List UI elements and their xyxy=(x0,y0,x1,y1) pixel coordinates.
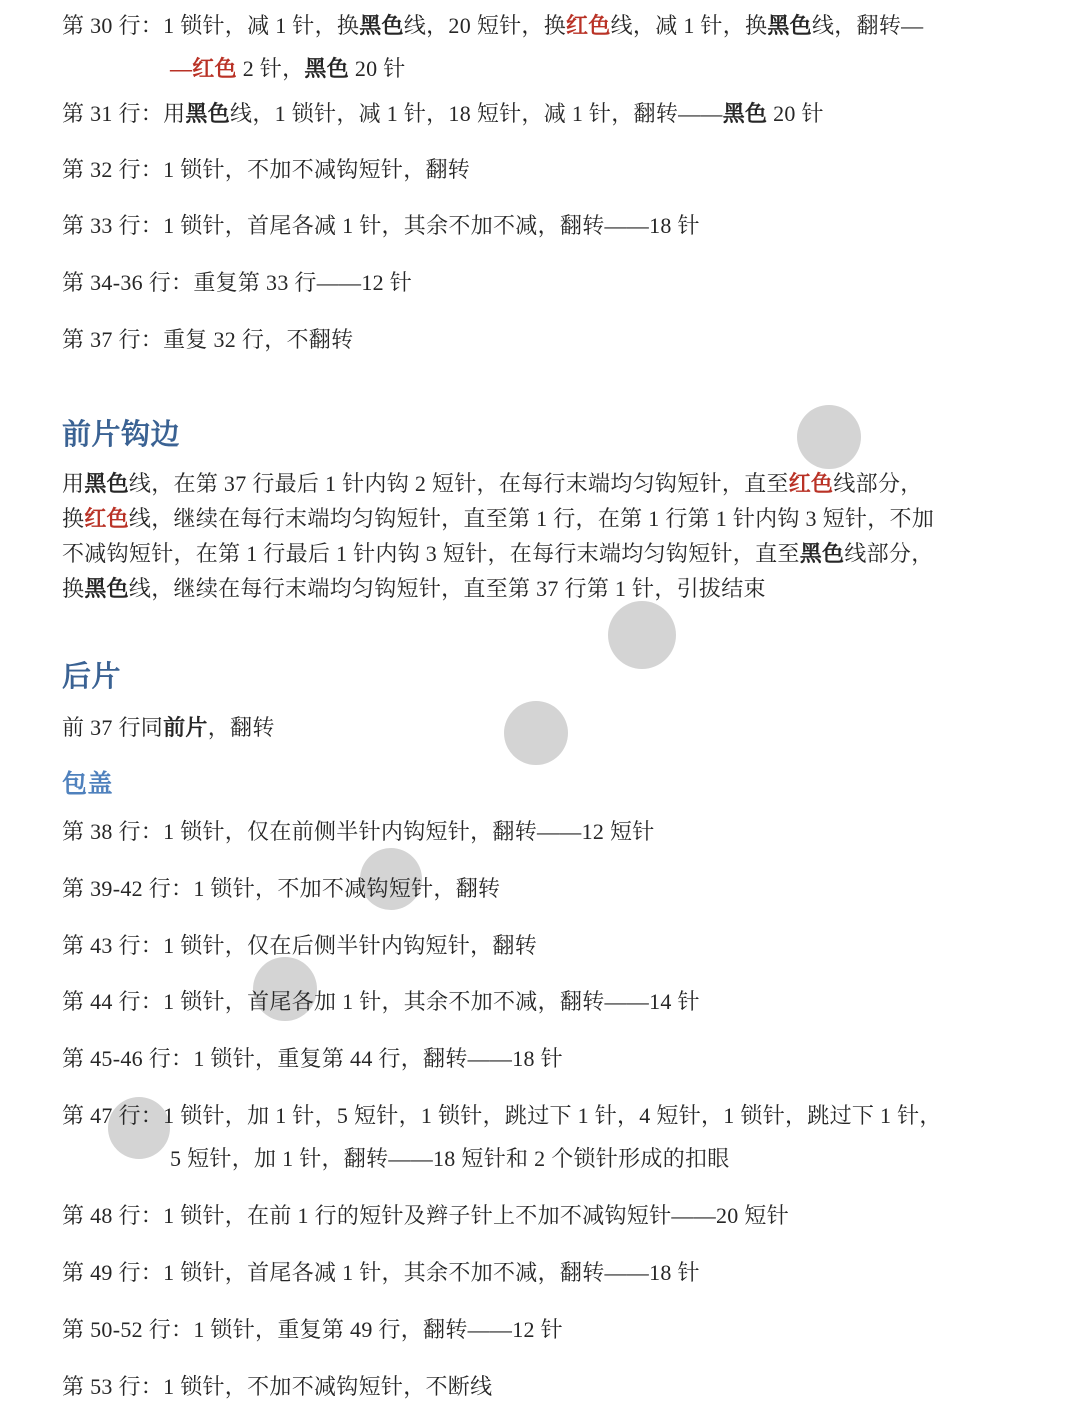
text-line: 第 37 行：重复 32 行，不翻转 xyxy=(62,326,353,353)
plain-text: 线，继续在每行末端均匀钩短针，直至第 1 行，在第 1 行第 1 针内钩 3 短… xyxy=(129,506,934,531)
text-line: 5 短针，加 1 针，翻转——18 短针和 2 个锁针形成的扣眼 xyxy=(170,1145,730,1172)
plain-text: 5 短针，加 1 针，翻转——18 短针和 2 个锁针形成的扣眼 xyxy=(170,1146,730,1171)
text-line: 第 31 行：用黑色线，1 锁针，减 1 针，18 短针，减 1 针，翻转——黑… xyxy=(62,100,824,127)
text-line: —红色 2 针，黑色 20 针 xyxy=(170,55,406,82)
text-line: 第 44 行：1 锁针，首尾各加 1 针，其余不加不减，翻转——14 针 xyxy=(62,988,700,1015)
plain-text: 20 针 xyxy=(767,101,824,126)
text-line: 第 30 行：1 锁针，减 1 针，换黑色线，20 短针，换红色线，减 1 针，… xyxy=(62,12,923,39)
text-line: 第 45-46 行：1 锁针，重复第 44 行，翻转——18 针 xyxy=(62,1045,563,1072)
section-heading: 包盖 xyxy=(62,770,113,800)
text-line: 第 32 行：1 锁针，不加不减钩短针，翻转 xyxy=(62,156,470,183)
text-line: 第 39-42 行：1 锁针，不加不减钩短针，翻转 xyxy=(62,875,500,902)
red-emphasis-text: 红色 xyxy=(566,13,611,38)
red-emphasis-text: 红色 xyxy=(84,506,129,531)
plain-text: 线，减 1 针，换 xyxy=(611,13,768,38)
plain-text: 线部分， xyxy=(833,471,922,496)
text-line: 第 48 行：1 锁针，在前 1 行的短针及辫子针上不加不减钩短针——20 短针 xyxy=(62,1202,789,1229)
plain-text: 第 39-42 行：1 锁针，不加不减钩短针，翻转 xyxy=(62,876,500,901)
red-emphasis-text: —红色 xyxy=(170,56,237,81)
plain-text: 线部分， xyxy=(844,541,933,566)
plain-text: 换 xyxy=(62,576,84,601)
text-line: 换黑色线，继续在每行末端均匀钩短针，直至第 37 行第 1 针，引拔结束 xyxy=(62,575,766,602)
bold-text: 黑色 xyxy=(767,13,812,38)
plain-text: 不减钩短针，在第 1 行最后 1 针内钩 3 短针，在每行末端均匀钩短针，直至 xyxy=(62,541,800,566)
plain-text: 第 50-52 行：1 锁针，重复第 49 行，翻转——12 针 xyxy=(62,1317,563,1342)
plain-text: 第 32 行：1 锁针，不加不减钩短针，翻转 xyxy=(62,157,470,182)
plain-text: 第 43 行：1 锁针，仅在后侧半针内钩短针，翻转 xyxy=(62,933,537,958)
text-line: 第 38 行：1 锁针，仅在前侧半针内钩短针，翻转——12 短针 xyxy=(62,818,655,845)
plain-text: ，翻转 xyxy=(208,715,275,740)
plain-text: 线，20 短针，换 xyxy=(404,13,566,38)
text-line: 第 50-52 行：1 锁针，重复第 49 行，翻转——12 针 xyxy=(62,1316,563,1343)
bold-text: 黑色 xyxy=(723,101,768,126)
plain-text: 2 针， xyxy=(237,56,305,81)
section-heading: 前片钩边 xyxy=(62,418,180,452)
bold-text: 黑色 xyxy=(84,471,129,496)
plain-text: 线，在第 37 行最后 1 针内钩 2 短针，在每行末端均匀钩短针，直至 xyxy=(129,471,789,496)
text-line: 前 37 行同前片，翻转 xyxy=(62,714,275,741)
plain-text: 线，1 锁针，减 1 针，18 短针，减 1 针，翻转—— xyxy=(230,101,723,126)
text-line: 用黑色线，在第 37 行最后 1 针内钩 2 短针，在每行末端均匀钩短针，直至红… xyxy=(62,470,923,497)
document-body: 第 30 行：1 锁针，减 1 针，换黑色线，20 短针，换红色线，减 1 针，… xyxy=(0,0,1080,1408)
bold-text: 黑色 xyxy=(185,101,230,126)
plain-text: 第 44 行：1 锁针，首尾各加 1 针，其余不加不减，翻转——14 针 xyxy=(62,989,700,1014)
plain-text: 第 38 行：1 锁针，仅在前侧半针内钩短针，翻转——12 短针 xyxy=(62,819,655,844)
bold-text: 前片 xyxy=(163,715,208,740)
plain-text: 第 34-36 行：重复第 33 行——12 针 xyxy=(62,270,412,295)
bold-text: 黑色 xyxy=(800,541,845,566)
plain-text: 第 47 行：1 锁针，加 1 针，5 短针，1 锁针，跳过下 1 针，4 短针… xyxy=(62,1103,942,1128)
plain-text: 用 xyxy=(62,471,84,496)
plain-text: 20 针 xyxy=(349,56,406,81)
section-heading: 后片 xyxy=(62,660,121,694)
plain-text: 第 31 行：用 xyxy=(62,101,185,126)
plain-text: 包盖 xyxy=(62,771,113,798)
text-line: 不减钩短针，在第 1 行最后 1 针内钩 3 短针，在每行末端均匀钩短针，直至黑… xyxy=(62,540,934,567)
plain-text: 前 37 行同 xyxy=(62,715,163,740)
plain-text: 换 xyxy=(62,506,84,531)
bold-text: 黑色 xyxy=(304,56,349,81)
plain-text: 第 48 行：1 锁针，在前 1 行的短针及辫子针上不加不减钩短针——20 短针 xyxy=(62,1203,789,1228)
plain-text: 第 37 行：重复 32 行，不翻转 xyxy=(62,327,353,352)
bold-text: 黑色 xyxy=(84,576,129,601)
text-line: 第 34-36 行：重复第 33 行——12 针 xyxy=(62,269,412,296)
plain-text: 线，翻转— xyxy=(812,13,924,38)
text-line: 换红色线，继续在每行末端均匀钩短针，直至第 1 行，在第 1 行第 1 针内钩 … xyxy=(62,505,934,532)
document-page: 第 30 行：1 锁针，减 1 针，换黑色线，20 短针，换红色线，减 1 针，… xyxy=(0,0,1080,1408)
plain-text: 后片 xyxy=(62,661,121,693)
plain-text: 第 49 行：1 锁针，首尾各减 1 针，其余不加不减，翻转——18 针 xyxy=(62,1260,700,1285)
plain-text: 第 30 行：1 锁针，减 1 针，换 xyxy=(62,13,359,38)
text-line: 第 33 行：1 锁针，首尾各减 1 针，其余不加不减，翻转——18 针 xyxy=(62,212,700,239)
red-emphasis-text: 红色 xyxy=(789,471,834,496)
plain-text: 线，继续在每行末端均匀钩短针，直至第 37 行第 1 针，引拔结束 xyxy=(129,576,766,601)
plain-text: 第 33 行：1 锁针，首尾各减 1 针，其余不加不减，翻转——18 针 xyxy=(62,213,700,238)
text-line: 第 47 行：1 锁针，加 1 针，5 短针，1 锁针，跳过下 1 针，4 短针… xyxy=(62,1102,942,1129)
text-line: 第 53 行：1 锁针，不加不减钩短针，不断线 xyxy=(62,1373,492,1400)
bold-text: 黑色 xyxy=(359,13,404,38)
plain-text: 第 45-46 行：1 锁针，重复第 44 行，翻转——18 针 xyxy=(62,1046,563,1071)
text-line: 第 49 行：1 锁针，首尾各减 1 针，其余不加不减，翻转——18 针 xyxy=(62,1259,700,1286)
plain-text: 第 53 行：1 锁针，不加不减钩短针，不断线 xyxy=(62,1374,492,1399)
text-line: 第 43 行：1 锁针，仅在后侧半针内钩短针，翻转 xyxy=(62,932,537,959)
plain-text: 前片钩边 xyxy=(62,419,180,451)
